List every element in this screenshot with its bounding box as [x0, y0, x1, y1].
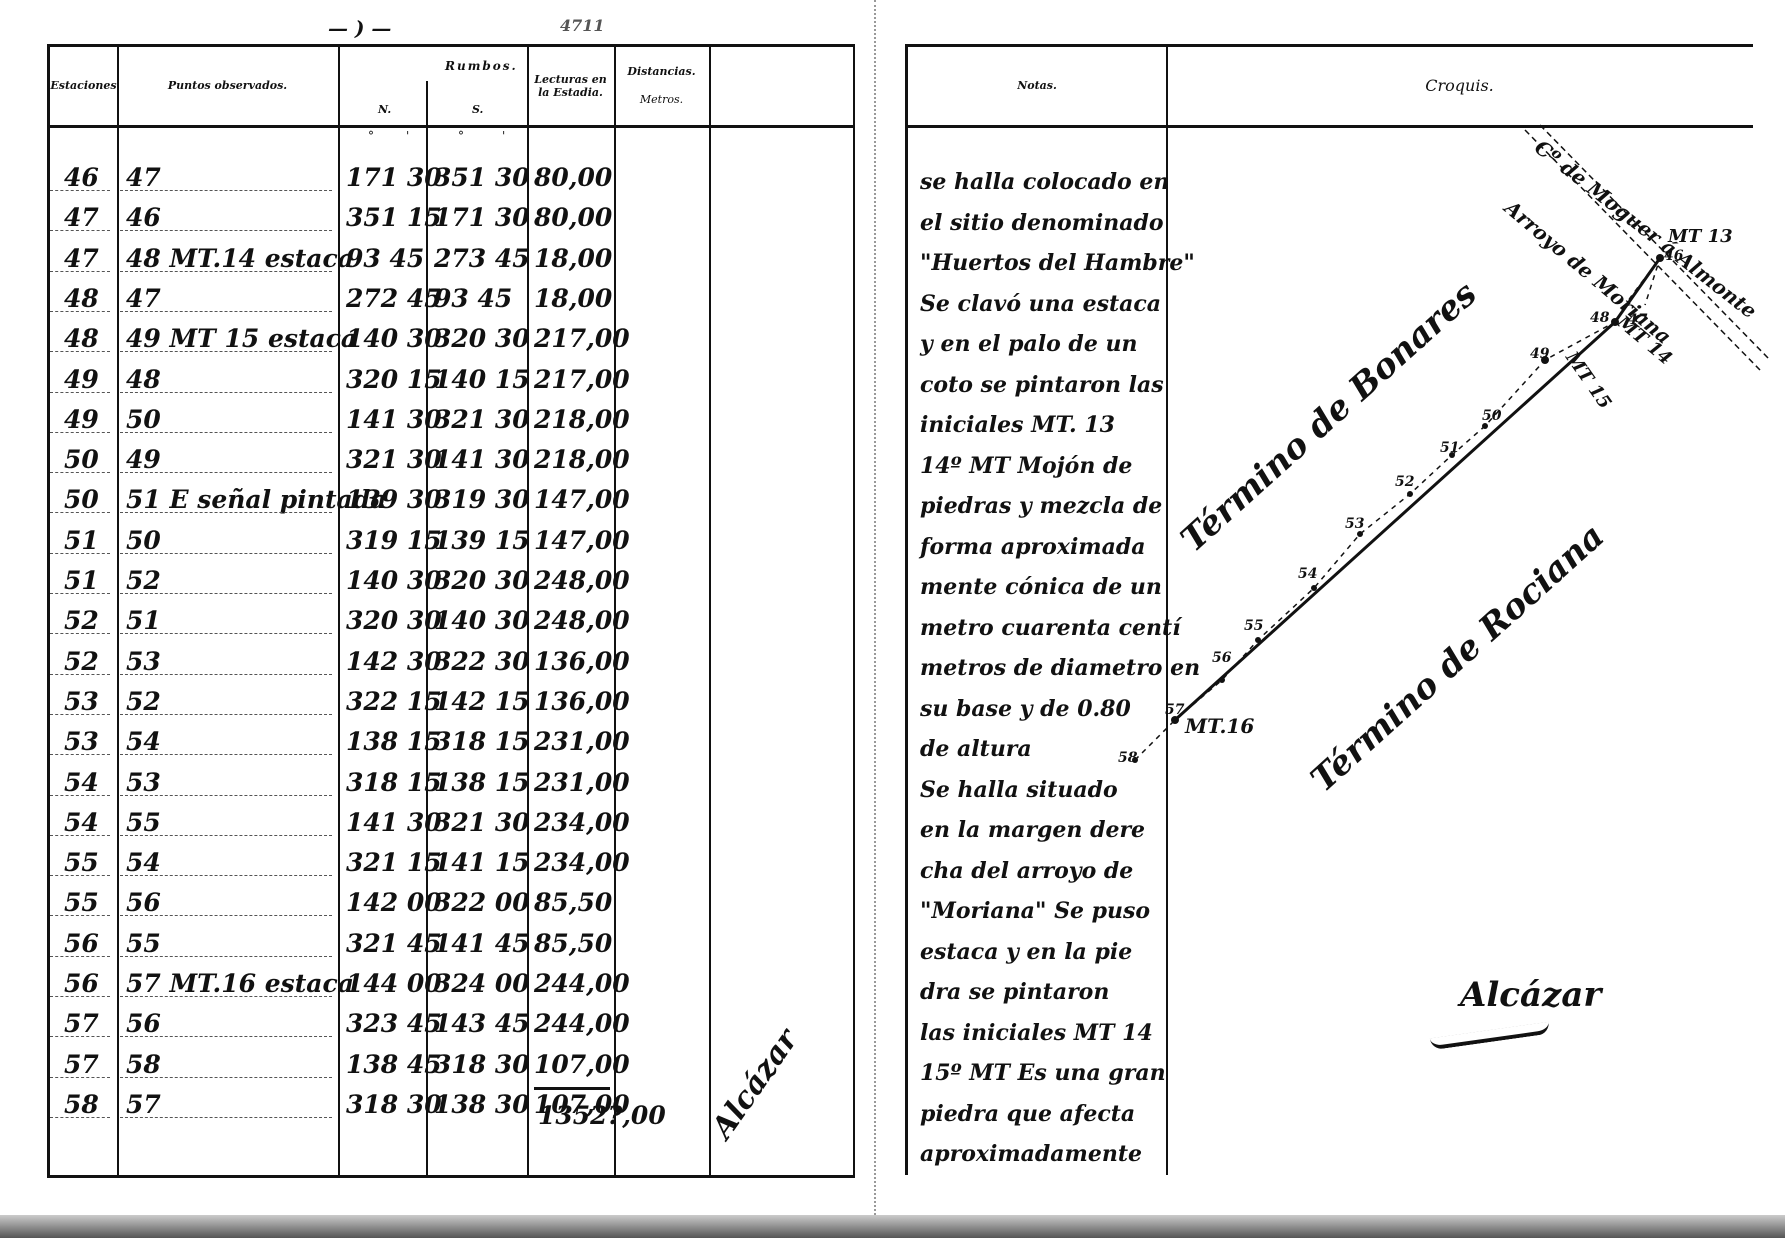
- point-label: 56: [1212, 650, 1231, 666]
- point-label: 50: [1482, 408, 1501, 424]
- point-label: 58: [1118, 750, 1137, 766]
- point-label: 55: [1244, 618, 1263, 634]
- point-label: 54: [1298, 566, 1317, 582]
- point-label: 46: [1664, 248, 1683, 264]
- label-mt16: MT.16: [1185, 714, 1254, 738]
- point-label: 52: [1395, 474, 1414, 490]
- label-mt13: MT 13: [1668, 226, 1733, 247]
- point-label: 48: [1590, 310, 1609, 326]
- point-label: 49: [1530, 346, 1549, 362]
- point-label: 57: [1165, 702, 1184, 718]
- point-label: 53: [1345, 516, 1364, 532]
- point-label: 51: [1440, 440, 1459, 456]
- point-label: 47: [1628, 312, 1647, 328]
- signature-right: Alcázar: [1460, 975, 1601, 1015]
